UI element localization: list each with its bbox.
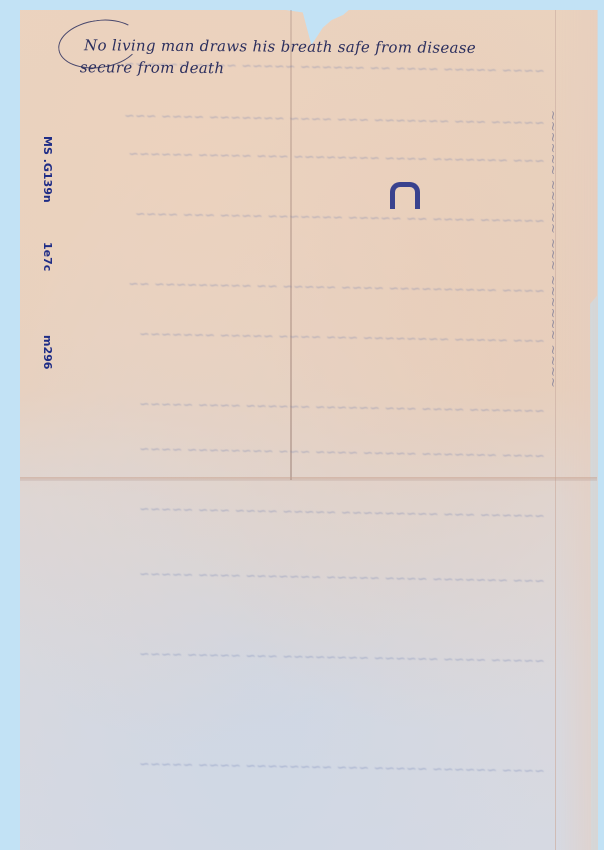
- ink-blot: [390, 182, 420, 209]
- manuscript-heading: No living man draws his breath safe from…: [84, 34, 594, 82]
- manuscript-page: [20, 10, 597, 850]
- horizontal-fold-line: [20, 477, 597, 481]
- archival-number-mark: m296: [41, 335, 54, 369]
- right-margin-script: ~~~~~~ ~~~~~ ~~~ ~~~~~~ ~~~~: [540, 110, 560, 810]
- archival-date-mark: 1e7c: [41, 242, 54, 271]
- paper-right-edge: [555, 10, 598, 850]
- archival-shelfmark: MS .G139n: [41, 136, 54, 203]
- heading-line-2: secure from death: [80, 56, 594, 82]
